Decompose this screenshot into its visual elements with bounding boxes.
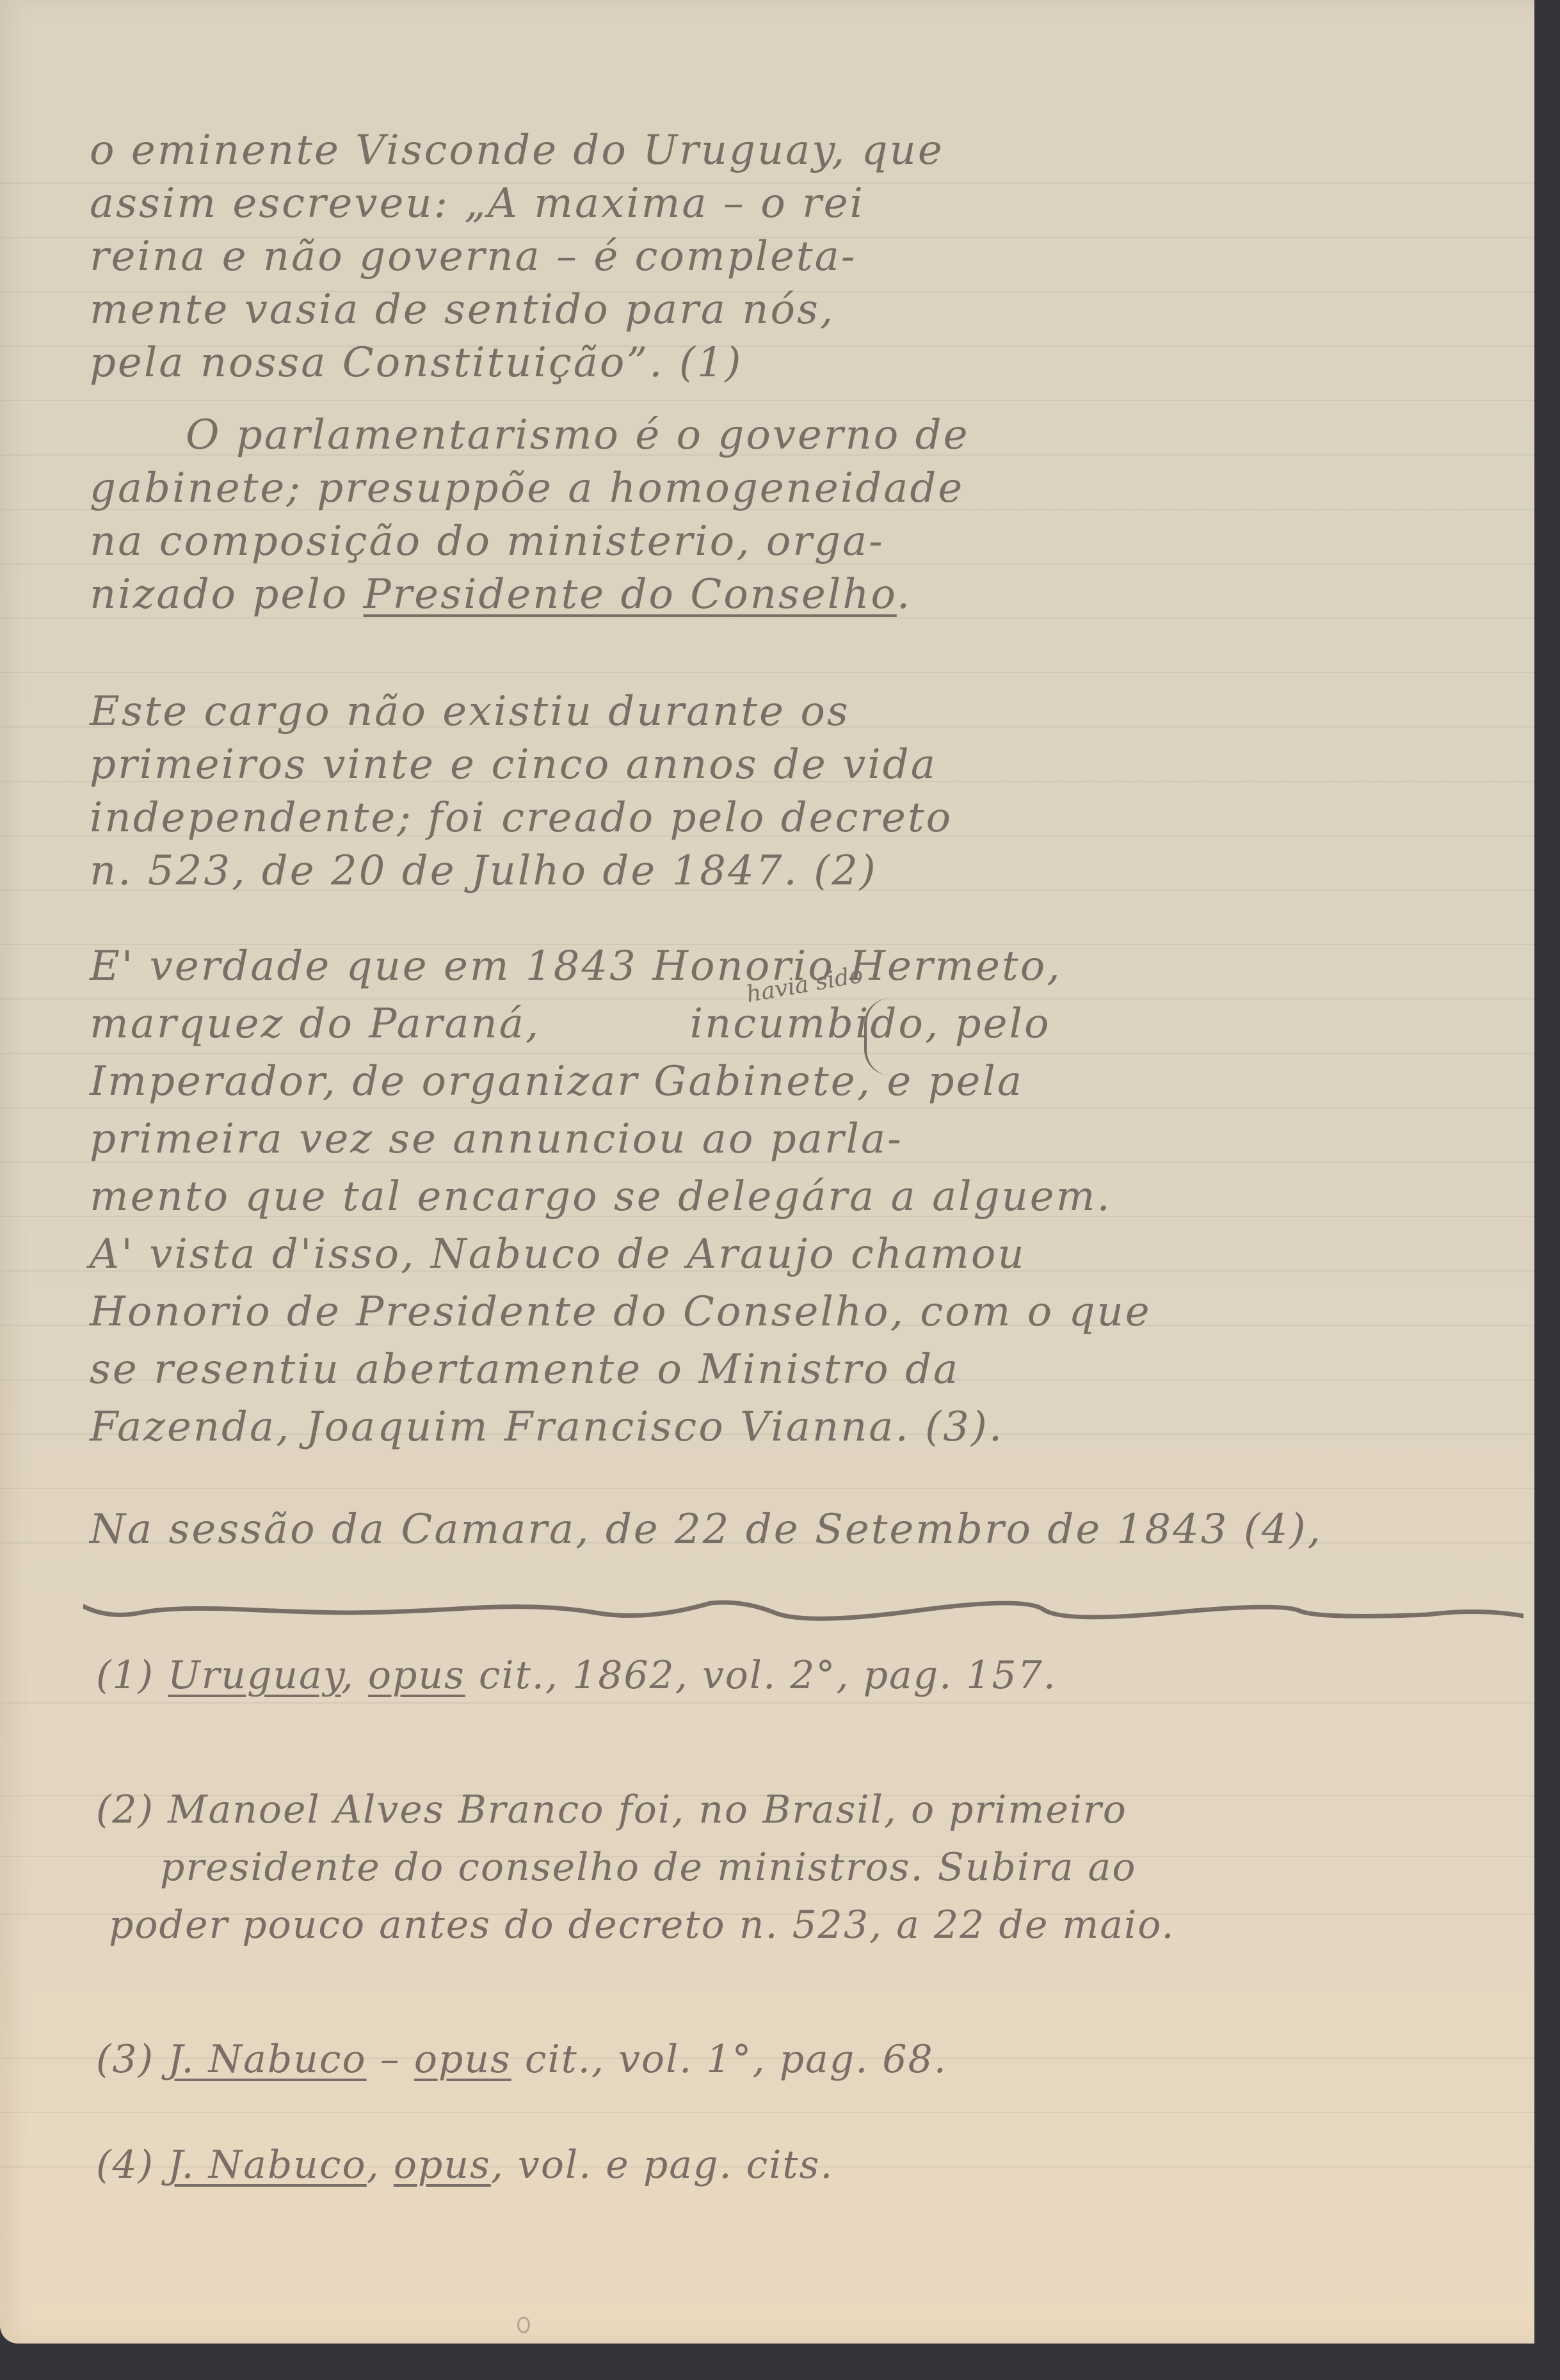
- body-line-6: O parlamentarismo é o governo de: [186, 410, 969, 461]
- footnote-3-citation: cit., vol. 1°, pag. 68.: [511, 2037, 947, 2082]
- footnote-3-author: J. Nabuco: [168, 2037, 367, 2082]
- footnote-3: (3) J. Nabuco – opus cit., vol. 1°, pag.…: [96, 2035, 947, 2084]
- body-line-21: se resentiu abertamente o Ministro da: [90, 1344, 960, 1395]
- body-line-11: primeiros vinte e cinco annos de vida: [90, 739, 937, 790]
- body-line-7: gabinete; presuppõe a homogeneidade: [90, 463, 964, 514]
- footnote-divider: [83, 1597, 1524, 1622]
- body-line-16: Imperador, de organizar Gabinete, e pela: [90, 1056, 1024, 1107]
- ruled-line: [0, 1107, 1534, 1108]
- body-line-3: reina e não governa – é completa-: [90, 231, 856, 282]
- body-line-20: Honorio de Presidente do Conselho, com o…: [90, 1286, 1152, 1338]
- body-line-15-start: marquez do Paraná,: [90, 1000, 556, 1048]
- body-line-8: na composição do ministerio, orga-: [90, 516, 885, 567]
- body-line-1: o eminente Visconde do Uruguay, que: [90, 125, 944, 176]
- underlined-presidente-do-conselho: Presidente do Conselho: [364, 571, 897, 618]
- body-line-9: nizado pelo Presidente do Conselho.: [90, 569, 912, 620]
- footnote-4-opus: opus: [394, 2143, 491, 2187]
- footnote-2-number: (2): [96, 1787, 154, 1832]
- body-line-9-start: nizado pelo: [90, 571, 364, 618]
- body-line-23: Na sessão da Camara, de 22 de Setembro d…: [90, 1504, 1323, 1555]
- body-line-13: n. 523, de 20 de Julho de 1847. (2): [90, 845, 878, 897]
- body-line-5: pela nossa Constituição”. (1): [90, 337, 743, 388]
- body-line-18: mento que tal encargo se delegára a algu…: [90, 1171, 1112, 1222]
- footnote-2-text-1: Manoel Alves Branco foi, no Brasil, o pr…: [168, 1787, 1127, 1832]
- footnote-2-line-3: poder pouco antes do decreto n. 523, a 2…: [109, 1901, 1175, 1949]
- footnote-1-sep: ,: [341, 1653, 368, 1698]
- footnote-1-citation: cit., 1862, vol. 2°, pag. 157.: [465, 1653, 1057, 1698]
- body-line-10: Este cargo não existiu durante os: [90, 686, 850, 737]
- body-line-17: primeira vez se annunciou ao parla-: [90, 1114, 903, 1165]
- footnote-4-sep: ,: [367, 2143, 394, 2187]
- ruled-line: [0, 672, 1534, 673]
- body-line-12: independente; foi creado pelo decreto: [90, 792, 953, 843]
- manuscript-page: o eminente Visconde do Uruguay, que assi…: [0, 0, 1534, 2344]
- footnote-4-author: J. Nabuco: [168, 2143, 367, 2187]
- footnote-1: (1) Uruguay, opus cit., 1862, vol. 2°, p…: [96, 1651, 1057, 1700]
- footnote-1-opus: opus: [368, 1653, 465, 1698]
- body-line-9-end: .: [897, 571, 912, 618]
- footnote-2-line-1: (2) Manoel Alves Branco foi, no Brasil, …: [96, 1785, 1127, 1834]
- ruled-line: [0, 400, 1534, 401]
- ruled-line: [0, 2112, 1534, 2113]
- footnote-1-author: Uruguay: [168, 1653, 341, 1698]
- footnote-1-number: (1): [96, 1653, 168, 1698]
- footnote-3-opus: opus: [414, 2037, 511, 2082]
- footnote-4-citation: , vol. e pag. cits.: [491, 2143, 834, 2187]
- footnote-3-sep: –: [367, 2037, 414, 2082]
- body-line-22: Fazenda, Joaquim Francisco Vianna. (3).: [90, 1402, 1004, 1453]
- footnote-4: (4) J. Nabuco, opus, vol. e pag. cits.: [96, 2141, 833, 2189]
- body-line-14: E' verdade que em 1843 Honorio Hermeto,: [90, 941, 1062, 992]
- ruled-line: [0, 1488, 1534, 1489]
- footnote-4-number: (4): [96, 2143, 168, 2187]
- paper-smudge: [517, 2317, 530, 2333]
- body-line-4: mente vasia de sentido para nós,: [90, 284, 835, 335]
- body-line-2: assim escreveu: „A maxima – o rei: [90, 178, 865, 229]
- body-line-19: A' vista d'isso, Nabuco de Araujo chamou: [90, 1229, 1026, 1280]
- ruled-line: [0, 1702, 1534, 1704]
- footnote-2-line-2: presidente do conselho de ministros. Sub…: [160, 1843, 1136, 1892]
- footnote-3-number: (3): [96, 2037, 168, 2082]
- ruled-line: [0, 1053, 1534, 1054]
- body-line-15: marquez do Paraná, incumbido, pelo: [90, 998, 1050, 1050]
